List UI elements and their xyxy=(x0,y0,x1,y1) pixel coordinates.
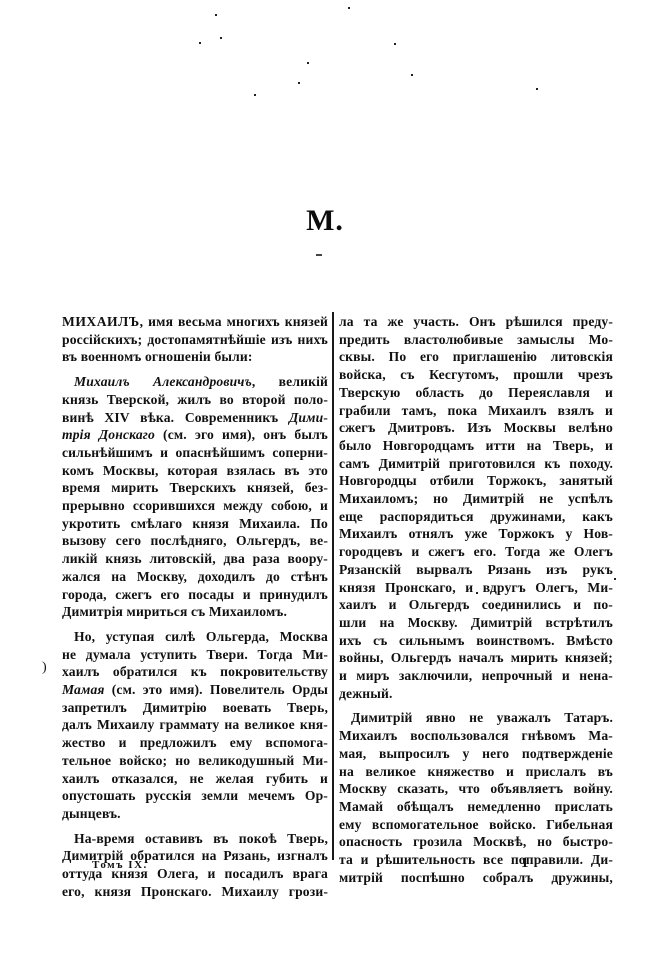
text-run: далъ Михаилу граммату на великое кня- xyxy=(62,717,328,732)
text-run: хаилъ обратился къ покровительству xyxy=(62,664,328,679)
text-line: войны, Ольгердъ началъ мирить князей; xyxy=(339,649,613,667)
text-run: самъ Димитрій приготовился къ походу. xyxy=(339,456,613,471)
text-run: ликій князь литовскій, два раза воору- xyxy=(62,551,328,566)
text-line: и миръ заключили, непрочный и нена- xyxy=(339,667,613,685)
text-line: ему вспомогательное войско. Гибельная xyxy=(339,816,613,834)
text-line: мая, выпросилъ у него подтвержденіе xyxy=(339,745,613,763)
text-run: прерывно ссорившихся между собою, и xyxy=(62,498,328,513)
text-line: дежный. xyxy=(339,685,613,703)
text-line: митрій поспѣшно собралъ дружины, xyxy=(339,869,613,887)
text-line: ихъ съ сильнымъ воинствомъ. Вмѣсто xyxy=(339,632,613,650)
section-letter-heading: М. xyxy=(0,204,650,238)
italic-reference: трія Донскаго xyxy=(62,427,155,442)
text-run: дежный. xyxy=(339,686,393,701)
text-run: россійскихъ; достопамятнѣйшіе изъ нихъ xyxy=(62,332,328,347)
text-line: вызову сего послѣдняго, Ольгердъ, ве- xyxy=(62,532,328,550)
paragraph: Михаилъ Александровичъ, великійкнязь Тве… xyxy=(62,373,328,621)
text-run: (см. эго имя), онъ былъ xyxy=(155,427,328,442)
italic-reference: Дими- xyxy=(289,410,328,425)
print-speck xyxy=(254,94,256,96)
text-run: сжегъ Дмитровъ. Изъ Москвы велѣно xyxy=(339,420,613,435)
text-run: еще распорядиться дружинами, какъ xyxy=(339,509,613,524)
text-line: на великое княжество и прислалъ въ xyxy=(339,763,613,781)
text-line: тельное войско; но великодушный Ми- xyxy=(62,752,328,770)
text-line: дынцевъ. xyxy=(62,805,328,823)
print-speck xyxy=(298,82,300,84)
text-line: предить властолюбивые замыслы Мо- xyxy=(339,331,613,349)
text-line: хаилъ отказался, не желая губить и xyxy=(62,770,328,788)
text-line: Мамай обѣщалъ немедленно прислать xyxy=(339,798,613,816)
paragraph-gap xyxy=(339,702,613,709)
text-line: князь Тверской, жилъ во второй поло- xyxy=(62,391,328,409)
text-run: жество и предложилъ ему вспомога- xyxy=(62,735,328,750)
text-line: хаилъ и Ольгердъ соединились и по- xyxy=(339,596,613,614)
margin-mark: ) xyxy=(42,660,47,676)
text-run: Димитрій явно не уважалъ Татаръ. xyxy=(351,710,613,725)
text-line: хаилъ обратился къ покровительству xyxy=(62,663,328,681)
text-line: Димитрія мириться съ Михаиломъ. xyxy=(62,603,328,621)
text-line: было Новгородцамъ итти на Тверь, и xyxy=(339,437,613,455)
text-run: шли на Москву. Димитрій встрѣтилъ xyxy=(339,615,613,630)
text-line: Но, уступая силѣ Ольгерда, Москва xyxy=(62,628,328,646)
text-line: комъ Москвы, которая взялась въ это xyxy=(62,462,328,480)
text-run: на великое княжество и прислалъ въ xyxy=(339,764,613,779)
text-line: еще распорядиться дружинами, какъ xyxy=(339,508,613,526)
text-line: трія Донскаго (см. эго имя), онъ былъ xyxy=(62,426,328,444)
text-run: та и рѣшительность все поправили. Ди- xyxy=(339,852,613,867)
text-run: войны, Ольгердъ началъ мирить князей; xyxy=(339,650,613,665)
print-speck xyxy=(220,37,222,39)
italic-reference: Михаилъ Александровичъ xyxy=(74,374,252,389)
print-speck xyxy=(614,578,616,580)
text-run: было Новгородцамъ итти на Тверь, и xyxy=(339,438,613,453)
text-run: (см. это имя). Повелитель Орды xyxy=(105,682,328,697)
text-run: опасность грозила Москвѣ, но быстро- xyxy=(339,834,613,849)
column-divider xyxy=(332,312,334,860)
text-line: Тверскую область до Переяславля и xyxy=(339,384,613,402)
text-line: запретилъ Димитрію воевать Тверь, xyxy=(62,699,328,717)
text-line: шли на Москву. Димитрій встрѣтилъ xyxy=(339,614,613,632)
text-line: прерывно ссорившихся между собою, и xyxy=(62,497,328,515)
entry-headword: МИХАИЛЪ xyxy=(62,314,140,329)
text-run: митрій поспѣшно собралъ дружины, xyxy=(339,870,613,885)
text-run: и миръ заключили, непрочный и нена- xyxy=(339,668,613,683)
text-line: время мирить Тверскихъ князей, без- xyxy=(62,479,328,497)
text-run: князя Пронскаго, и вдругъ Олегъ, Ми- xyxy=(339,580,613,595)
text-run: не думала уступить Твери. Тогда Ми- xyxy=(62,647,328,662)
text-line: Михаилъ отнялъ уже Торжокъ у Нов- xyxy=(339,525,613,543)
text-line: ла та же участь. Онъ рѣшился преду- xyxy=(339,313,613,331)
text-run: ла та же участь. Онъ рѣшился преду- xyxy=(339,314,613,329)
page-number: 1 xyxy=(521,855,529,872)
print-speck xyxy=(215,14,217,16)
italic-reference: Мамая xyxy=(62,682,105,697)
text-run: Новгородцы отбили Торжокъ, занятый xyxy=(339,473,613,488)
paragraph: ла та же участь. Онъ рѣшился преду-преди… xyxy=(339,313,613,702)
text-line: не думала уступить Твери. Тогда Ми- xyxy=(62,646,328,664)
text-run: сильнѣйшимъ и опаснѣйшимъ соперни- xyxy=(62,445,328,460)
text-line: укротить смѣлаго князя Михаила. По xyxy=(62,515,328,533)
text-line: жество и предложилъ ему вспомога- xyxy=(62,734,328,752)
volume-label: Томъ IX. xyxy=(92,859,148,871)
text-line: винѣ XIV вѣка. Современникъ Дими- xyxy=(62,409,328,427)
text-line: та и рѣшительность все поправили. Ди- xyxy=(339,851,613,869)
text-run: его, князя Пронскаго. Михаилу грози- xyxy=(62,884,328,899)
text-run: городцевъ и сжегъ его. Тогда же Олегъ xyxy=(339,544,613,559)
paragraph: Но, уступая силѣ Ольгерда, Москване дума… xyxy=(62,628,328,823)
text-line: самъ Димитрій приготовился къ походу. xyxy=(339,455,613,473)
text-run: грабили тамъ, пока Михаилъ взялъ и xyxy=(339,403,613,418)
text-run: Рязанскій вырвалъ Рязань изъ рукъ xyxy=(339,562,613,577)
text-run: опустошать русскія земли мечемъ Ор- xyxy=(62,788,328,803)
paragraph: МИХАИЛЪ, имя весьма многихъ князейроссій… xyxy=(62,313,328,366)
text-line: сильнѣйшимъ и опаснѣйшимъ соперни- xyxy=(62,444,328,462)
text-line: жался на Москву, доходилъ до стѣнъ xyxy=(62,568,328,586)
paragraph-gap xyxy=(62,621,328,628)
paragraph: Димитрій явно не уважалъ Татаръ.Михаилъ … xyxy=(339,709,613,886)
text-line: далъ Михаилу граммату на великое кня- xyxy=(62,716,328,734)
text-line: россійскихъ; достопамятнѣйшіе изъ нихъ xyxy=(62,331,328,349)
text-line: сжегъ Дмитровъ. Изъ Москвы велѣно xyxy=(339,419,613,437)
print-speck xyxy=(348,7,350,9)
print-speck xyxy=(199,42,201,44)
text-line: опасность грозила Москвѣ, но быстро- xyxy=(339,833,613,851)
text-run: предить властолюбивые замыслы Мо- xyxy=(339,332,613,347)
text-run: винѣ XIV вѣка. Современникъ xyxy=(62,410,289,425)
paragraph-gap xyxy=(62,823,328,830)
text-line: Михаилъ воспользовался гнѣвомъ Ма- xyxy=(339,727,613,745)
text-line: опустошать русскія земли мечемъ Ор- xyxy=(62,787,328,805)
print-speck xyxy=(536,88,538,90)
text-run: ему вспомогательное войско. Гибельная xyxy=(339,817,613,832)
ornament-dash xyxy=(316,254,322,256)
text-line: Новгородцы отбили Торжокъ, занятый xyxy=(339,472,613,490)
text-line: князя Пронскаго, и вдругъ Олегъ, Ми- xyxy=(339,579,613,597)
text-line: Мамая (см. это имя). Повелитель Орды xyxy=(62,681,328,699)
text-run: войска, съ Кесгутомъ, прошли чрезъ xyxy=(339,367,613,382)
text-line: Рязанскій вырвалъ Рязань изъ рукъ xyxy=(339,561,613,579)
text-line: Димитрій явно не уважалъ Татаръ. xyxy=(339,709,613,727)
text-run: Михаилъ отнялъ уже Торжокъ у Нов- xyxy=(339,526,613,541)
text-run: , великій xyxy=(252,374,328,389)
text-line: ликій князь литовскій, два раза воору- xyxy=(62,550,328,568)
text-run: мая, выпросилъ у него подтвержденіе xyxy=(339,746,613,761)
text-run: запретилъ Димитрію воевать Тверь, xyxy=(62,700,328,715)
print-speck xyxy=(307,62,309,64)
text-line: Москву сказать, что объявляетъ войну. xyxy=(339,780,613,798)
text-run: хаилъ отказался, не желая губить и xyxy=(62,771,328,786)
text-run: ихъ съ сильнымъ воинствомъ. Вмѣсто xyxy=(339,633,613,648)
text-line: Михаилъ Александровичъ, великій xyxy=(62,373,328,391)
text-line: грабили тамъ, пока Михаилъ взялъ и xyxy=(339,402,613,420)
text-run: время мирить Тверскихъ князей, без- xyxy=(62,480,328,495)
text-line: сквы. По его приглашенію литовскія xyxy=(339,348,613,366)
text-line: Михаиломъ; но Димитрій не успѣлъ xyxy=(339,490,613,508)
text-run: Михаилъ воспользовался гнѣвомъ Ма- xyxy=(339,728,613,743)
text-run: , имя весьма многихъ князей xyxy=(140,314,328,329)
text-line: городцевъ и сжегъ его. Тогда же Олегъ xyxy=(339,543,613,561)
print-speck xyxy=(411,74,413,76)
text-run: князь Тверской, жилъ во второй поло- xyxy=(62,392,328,407)
text-run: Димитрія мириться съ Михаиломъ. xyxy=(62,604,287,619)
text-line: города, сжегъ его посады и принудилъ xyxy=(62,586,328,604)
text-run: Москву сказать, что объявляетъ войну. xyxy=(339,781,613,796)
text-run: дынцевъ. xyxy=(62,806,121,821)
text-run: сквы. По его приглашенію литовскія xyxy=(339,349,613,364)
text-run: вызову сего послѣдняго, Ольгердъ, ве- xyxy=(62,533,328,548)
text-line: его, князя Пронскаго. Михаилу грози- xyxy=(62,883,328,901)
text-run: хаилъ и Ольгердъ соединились и по- xyxy=(339,597,613,612)
text-run: города, сжегъ его посады и принудилъ xyxy=(62,587,328,602)
text-line: войска, съ Кесгутомъ, прошли чрезъ xyxy=(339,366,613,384)
text-run: жался на Москву, доходилъ до стѣнъ xyxy=(62,569,328,584)
text-run: Но, уступая силѣ Ольгерда, Москва xyxy=(74,629,328,644)
paragraph-gap xyxy=(62,366,328,373)
right-text-column: ла та же участь. Онъ рѣшился преду-преди… xyxy=(339,313,613,887)
text-run: въ военномъ огношеніи были: xyxy=(62,349,253,364)
left-text-column: МИХАИЛЪ, имя весьма многихъ князейроссій… xyxy=(62,313,328,901)
text-run: Мамай обѣщалъ немедленно прислать xyxy=(339,799,613,814)
text-line: въ военномъ огношеніи были: xyxy=(62,348,328,366)
text-line: На-время оставивъ въ покоѣ Тверь, xyxy=(62,830,328,848)
print-speck xyxy=(394,43,396,45)
text-run: комъ Москвы, которая взялась въ это xyxy=(62,463,328,478)
text-run: Тверскую область до Переяславля и xyxy=(339,385,613,400)
text-run: На-время оставивъ въ покоѣ Тверь, xyxy=(74,831,328,846)
text-line: МИХАИЛЪ, имя весьма многихъ князей xyxy=(62,313,328,331)
text-run: Михаиломъ; но Димитрій не успѣлъ xyxy=(339,491,613,506)
text-run: укротить смѣлаго князя Михаила. По xyxy=(62,516,328,531)
text-run: тельное войско; но великодушный Ми- xyxy=(62,753,328,768)
